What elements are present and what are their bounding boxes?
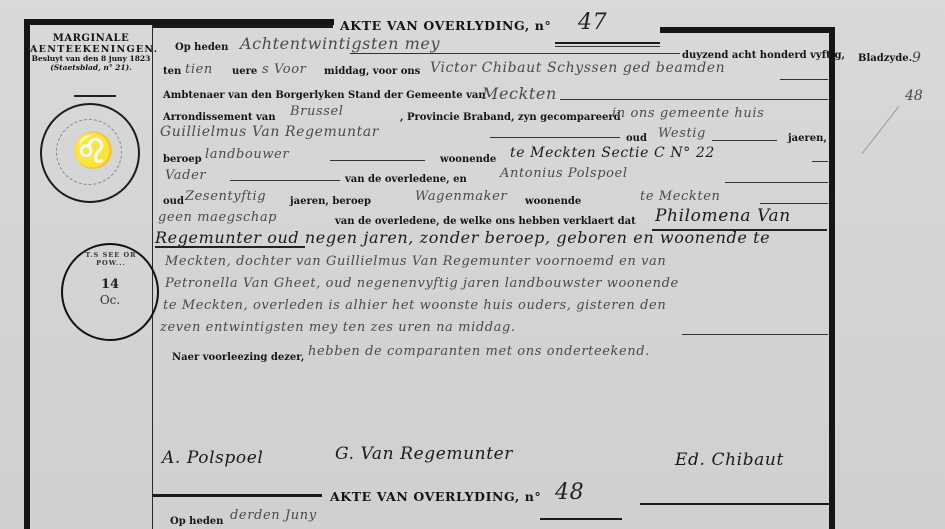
label-jaeren: jaeren, (788, 133, 827, 144)
record-48-title: AKTE VAN OVERLYDING, n° (330, 489, 541, 504)
lion-seal-icon: ♌ (40, 103, 140, 203)
label-van-de-overledene: van de overledene, en (345, 174, 467, 185)
handwritten-declarant1-age: Westig (658, 126, 706, 141)
margin-divider (74, 95, 116, 97)
signature-van-regemunter: G. Van Regemunter (335, 444, 513, 464)
fill-line (330, 160, 425, 161)
handwritten-declarant2-name: Antonius Polspoel (500, 166, 628, 181)
handwritten-date: Achtentwintigsten mey (240, 34, 440, 53)
handwritten-deceased-name: Philomena Van (655, 206, 791, 226)
label-de-welke: van de overledene, de welke ons hebben v… (335, 216, 636, 227)
fill-line (490, 137, 620, 138)
page-label: Bladzyde. (858, 53, 912, 64)
handwritten-date-48: derden Juny (230, 508, 317, 523)
stamp-month: Oc. (63, 293, 157, 307)
stamp-day: 14 (63, 277, 157, 292)
fill-line (760, 203, 828, 204)
label-ambtenaer: Ambtenaer van den Borgerlyken Stand der … (163, 90, 486, 101)
date-stamp: T.S SEE OR POW... 14 Oc. (61, 243, 159, 341)
fill-line (682, 334, 828, 335)
document-scan: MARGINALE AENTEEKENINGEN. Besluyt van de… (0, 0, 945, 529)
margin-heading-line1: MARGINALE (30, 33, 152, 45)
number-underline-48 (540, 518, 622, 520)
handwritten-official: Victor Chibaut Schyssen ged beamden (430, 60, 725, 76)
fill-line (780, 79, 828, 80)
page-number-top: 9 (912, 50, 921, 66)
fill-line (725, 182, 828, 183)
title-rule-left (153, 25, 333, 28)
fill-line (812, 161, 828, 162)
label-oud-2: oud (163, 196, 184, 207)
handwritten-declarant1-name: Guillielmus Van Regemuntar (160, 124, 379, 140)
fill-line (350, 53, 680, 54)
frame-border-left (24, 20, 30, 529)
fill-line (230, 180, 340, 181)
handwritten-municipality: Meckten (482, 84, 557, 103)
label-op-heden: Op heden (175, 42, 228, 53)
label-middag: middag, voor ons (324, 66, 420, 77)
title-rule-left-48 (152, 494, 322, 497)
label-woonende: woonende (440, 154, 496, 165)
margin-heading: MARGINALE AENTEEKENINGEN. Besluyt van de… (30, 33, 152, 73)
handwritten-relation2: geen maegschap (158, 210, 277, 225)
label-arrondissement: Arrondissement van (163, 112, 276, 123)
title-rule-right-2 (555, 46, 660, 47)
lion-emblem-icon: ♌ (72, 131, 114, 171)
label-beroep: beroep (163, 154, 202, 165)
page-number-bottom: 48 (905, 88, 923, 104)
margin-staatsblad: (Staetsblad, n° 21). (30, 64, 152, 73)
handwritten-body-line4: te Meckten, overleden is alhier het woon… (163, 298, 666, 313)
label-uere: uere (232, 66, 257, 77)
signature-polspoel: A. Polspoel (162, 448, 263, 468)
signature-chibaut: Ed. Chibaut (675, 450, 784, 470)
label-oud: oud (626, 133, 647, 144)
title-rule-right-48 (640, 503, 830, 505)
record-47-number: 47 (578, 10, 607, 35)
handwritten-body-line5: zeven entwintigsten mey ten zes uren na … (160, 320, 516, 335)
record-47-title: AKTE VAN OVERLYDING, n° (340, 18, 551, 33)
handwritten-address2: te Meckten (640, 189, 721, 204)
handwritten-occupation1: landbouwer (205, 147, 289, 162)
handwritten-address1: te Meckten Sectie C N° 22 (510, 145, 715, 161)
fill-line (712, 140, 777, 141)
handwritten-hour: tien (185, 62, 213, 77)
stamp-ring-text: T.S SEE OR POW... (71, 251, 151, 267)
record-48-number: 48 (555, 480, 584, 505)
handwritten-voor: s Voor (262, 62, 306, 77)
frame-border-right (829, 27, 835, 529)
handwritten-location: in ons gemeente huis (612, 106, 764, 121)
label-woonende-2: woonende (525, 196, 581, 207)
handwritten-arrondissement: Brussel (290, 104, 344, 119)
label-naer-voorleezing: Naer voorleezing dezer, (172, 352, 304, 363)
handwritten-declarant2-age: Zesentyftig (185, 189, 266, 204)
label-provincie: , Provincie Braband, zyn gecompareerd (400, 112, 621, 123)
label-jaeren-beroep: jaeren, beroep (290, 196, 371, 207)
margin-pen-stroke (862, 106, 900, 154)
title-rule-right (555, 42, 660, 44)
handwritten-body-line1: Regemunter oud negen jaren, zonder beroe… (155, 228, 770, 247)
handwritten-closing: hebben de comparanten met ons onderteeke… (308, 344, 650, 359)
handwritten-occupation2: Wagenmaker (415, 189, 507, 204)
surname-underline (155, 246, 305, 248)
frame-border-top-right (660, 27, 835, 33)
handwritten-body-line2: Meckten, dochter van Guillielmus Van Reg… (165, 254, 666, 269)
label-op-heden-48: Op heden (170, 516, 223, 527)
label-ten: ten (163, 66, 181, 77)
handwritten-relation1: Vader (165, 168, 206, 183)
handwritten-body-line3: Petronella Van Gheet, oud negenenvyftig … (165, 276, 679, 291)
fill-line (560, 99, 828, 100)
